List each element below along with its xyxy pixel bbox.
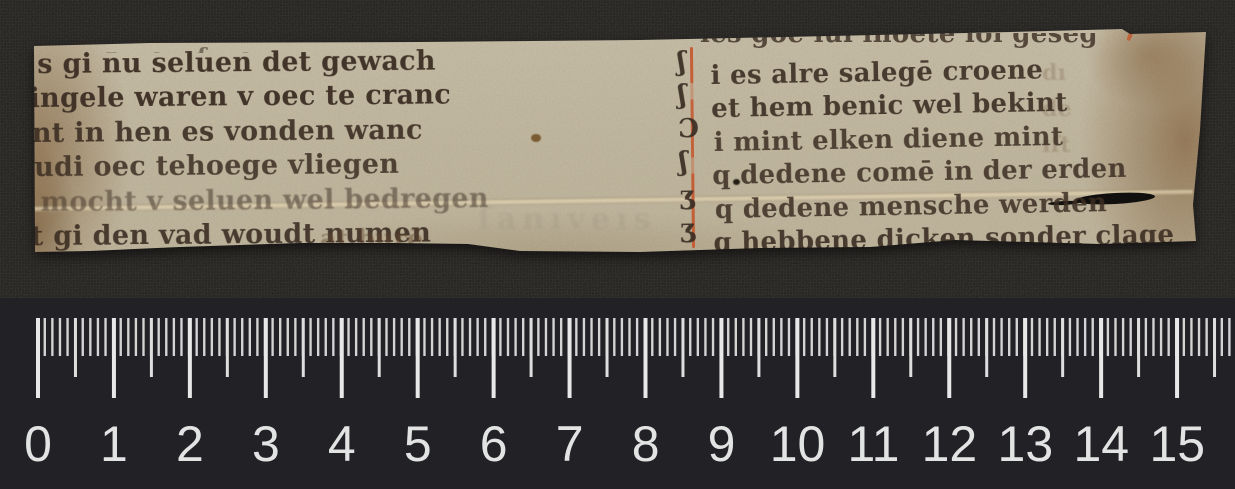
initial-letter: ʒ: [679, 179, 700, 213]
ruler-number: 7: [556, 415, 584, 473]
initial-letter: Ɔ: [678, 113, 699, 147]
manuscript-line: nt in hen es vonden wanc: [30, 113, 489, 151]
manuscript-line: ingele waren v oec te cranc: [29, 78, 488, 116]
ruler-number: 1: [100, 415, 128, 473]
ruler-number: 0: [24, 415, 52, 473]
stain-dot: [531, 134, 541, 142]
ruler-number: 14: [1073, 415, 1129, 473]
photo-stage: ʒ ı ſ ı s gi nu seluen det gewach ingele…: [0, 0, 1235, 489]
initial-letter: ʃ: [679, 146, 700, 180]
text-column-left: s gi nu seluen det gewach ingele waren v…: [29, 44, 489, 254]
show-through-text-center: ſanıveıs: [478, 202, 656, 237]
ruler-ticks: [36, 318, 1235, 398]
initial-letter: ʒ: [680, 213, 701, 247]
show-through-text-left: at burē: [320, 224, 423, 253]
ruler-number: 15: [1149, 415, 1205, 473]
ruler-number: 12: [922, 415, 978, 473]
ruler-number: 10: [770, 415, 826, 473]
ruler-number: 2: [176, 415, 204, 473]
ruler-number: 4: [328, 415, 356, 473]
manuscript-line: mocht v seluen wel bedregen: [30, 182, 489, 220]
cut-top-line: ıes goe ıuı ınoetē ıoı gesegt: [700, 33, 1100, 50]
cut-top-line-text: ıes goe ıuı ınoetē ıoı gesegt: [700, 33, 1100, 49]
ruler: 0123456789101112131415: [0, 298, 1235, 489]
manuscript-line: udi oec tehoege vliegen: [30, 147, 489, 185]
text-column-right: i es alre salegē croene et hem benic wel…: [710, 52, 1174, 260]
initial-letter: ʃ: [677, 46, 698, 80]
ruler-number: 6: [480, 415, 508, 473]
manuscript-line: s gi nu seluen det gewach: [29, 44, 488, 82]
initials-column: ʃ ʃ Ɔ ʃ ʒ ʒ ʒ: [677, 46, 702, 280]
initial-letter: ʒ: [680, 246, 701, 280]
ruler-number: 8: [632, 415, 660, 473]
ruler-number: 11: [847, 415, 899, 473]
ruler-number: 9: [708, 415, 736, 473]
ruler-numbers: 0123456789101112131415: [0, 415, 1235, 475]
initial-letter: ʃ: [678, 79, 699, 113]
manuscript-line: q hebbene dicken sonder clage: [713, 219, 1174, 260]
ruler-number: 13: [998, 415, 1054, 473]
ruler-number: 5: [404, 415, 432, 473]
ruler-number: 3: [252, 415, 280, 473]
